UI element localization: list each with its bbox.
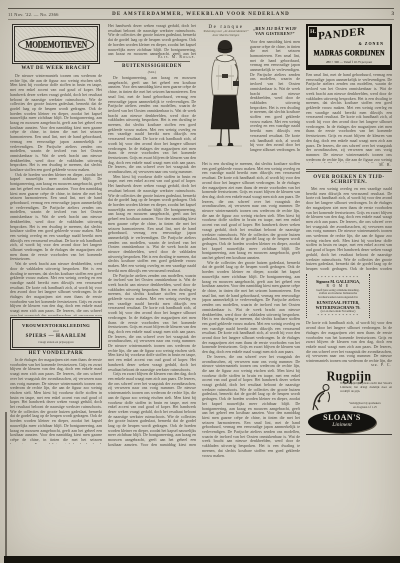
double-rule [306, 169, 392, 172]
column-area: MODEMOTIEVEN WAT DE WEEK BRACHT De nieuw… [10, 24, 392, 463]
masthead-rule-bottom [8, 19, 394, 20]
date-line: 11 Nov. '22. — No. 2366 [8, 12, 98, 17]
byline-article: M. B. [306, 163, 392, 167]
sloans-availability: Verkrijgbaar bij apothekers en drogisten… [340, 401, 390, 409]
sloans-copy: Wrijf de pijnlijke plaats zacht met Sloa… [340, 382, 392, 393]
article-text: Met een weinig overleg en een vaardige n… [306, 187, 392, 271]
heading-ben-jij: „BEN JIJ DÁT WIJF VAN GISTEREN?” [250, 26, 300, 37]
scan-edge-left [5, 412, 7, 556]
heading-het-vondelpark: HET VONDELPARK [10, 351, 102, 356]
pander-chip: H. [309, 27, 317, 37]
column-1: MODEMOTIEVEN WAT DE WEEK BRACHT De nieuw… [10, 24, 102, 463]
mode-logo-box: MODEMOTIEVEN [14, 26, 98, 62]
column-4: H. PANDER & ZONEN MADRAS GORDIJNEN 280 ×… [306, 24, 392, 463]
sloans-logo-oval: SLOAN'S Liniment [308, 411, 376, 433]
column3-top: De ranque Teekening voor „de Amsterdamme… [202, 24, 300, 162]
article-text: De korte rok handhaaft zich, al wordt hi… [306, 321, 392, 363]
ad-line: VROUWENTOERKLEEDING [14, 323, 98, 328]
sloans-sub-line: en drogisten à f 1.25 [353, 405, 377, 409]
article-text: Een smal lint, met de hand geborduurd, v… [306, 73, 392, 163]
heading-buitenissigheden: BUITENISSIGHEDEN [108, 64, 196, 69]
masthead-rule-top [8, 8, 394, 9]
gallenga-venue: KUNSTZAAL FETTER, [309, 300, 367, 305]
pander-suffix: & ZONEN [358, 41, 384, 46]
byline-rogge: Elis. M. Rogge. [108, 55, 196, 59]
sloans-product: Liniment [308, 422, 376, 428]
ad-line: voor [14, 329, 98, 333]
caption-line-2: door Martha Stielgen [213, 33, 240, 37]
paper-title: DE AMSTERDAMMER, WEEKBLAD VOOR NEDERLAND [98, 12, 304, 17]
column-3: De ranque Teekening voor „de Amsterdamme… [202, 24, 300, 463]
illustration-block: De ranque Teekening voor „de Amsterdamme… [202, 24, 250, 162]
ad-line: vraagt stalen en prijsopgave [14, 340, 98, 344]
byline-review: mr. P. C. [306, 363, 392, 367]
sloans-ad: Rugpijn Wrijf de pijnlijke plaats zacht … [306, 369, 392, 435]
fashion-illustration [202, 38, 248, 150]
article-ben-jij: „BEN JIJ DÁT WIJF VAN GISTEREN?” Voor de… [250, 24, 300, 162]
ornament-row: * * * * * * * * * * * * [309, 313, 367, 317]
article-text: De bontgarneering, aan kraag en mouwen a… [108, 76, 196, 448]
page-number: 3 [304, 12, 394, 17]
classified-ad-box: VROUWENTOERKLEEDING voor SPIERS — HAARLE… [12, 319, 100, 348]
subheading-slot: (Slot.) [108, 70, 196, 74]
pander-detail: 280 × 300 — Vanaf f 10.75 per paar [308, 60, 390, 64]
pander-logo: PANDER [318, 25, 365, 42]
mode-logo-oval: MODEMOTIEVEN [18, 36, 93, 53]
heading-wat-de-week-bracht: WAT DE WEEK BRACHT [10, 66, 102, 71]
pander-product: MADRAS GORDIJNEN [308, 49, 390, 58]
sloans-brand: SLOAN'S [308, 414, 376, 422]
pander-ad: H. PANDER & ZONEN MADRAS GORDIJNEN 280 ×… [306, 24, 392, 70]
column-2: Het handwerk dezer weken vraagt geduld, … [108, 24, 196, 463]
masthead: 11 Nov. '22. — No. 2366 DE AMSTERDAMMER,… [8, 10, 394, 18]
article-text: In de étalages der magazijnen ziet men t… [10, 358, 102, 444]
section-rule [114, 61, 190, 62]
scan-edge-bottom [4, 556, 400, 563]
ad-line: SPIERS — HAARLEM [14, 334, 98, 339]
pander-bottom-bar [308, 65, 390, 68]
heading-over-boeken: OVER BOEKEN EN TIJD- SCHRIFTEN. [306, 175, 392, 185]
article-text: Voor den namiddag kiest men gaarne crêpe… [250, 40, 300, 152]
newspaper-page: 11 Nov. '22. — No. 2366 DE AMSTERDAMMER,… [0, 0, 400, 563]
article-text: Het handwerk dezer weken vraagt geduld, … [108, 24, 196, 55]
mode-logo-text: MODEMOTIEVEN [25, 38, 86, 49]
illustration-caption: Teekening voor „de Amsterdammer” door Ma… [202, 30, 253, 38]
heading-line-2: SCHRIFTEN. [331, 180, 367, 185]
man-with-backache-icon [306, 383, 336, 411]
article-text: De nieuwe wintermantels toonen ons weder… [10, 74, 102, 316]
gallenga-ad: * * * * * * * * * * * * Signora M. GALLE… [306, 274, 370, 318]
article-text: Het is een dwaling te meenen, dat slecht… [202, 162, 300, 460]
